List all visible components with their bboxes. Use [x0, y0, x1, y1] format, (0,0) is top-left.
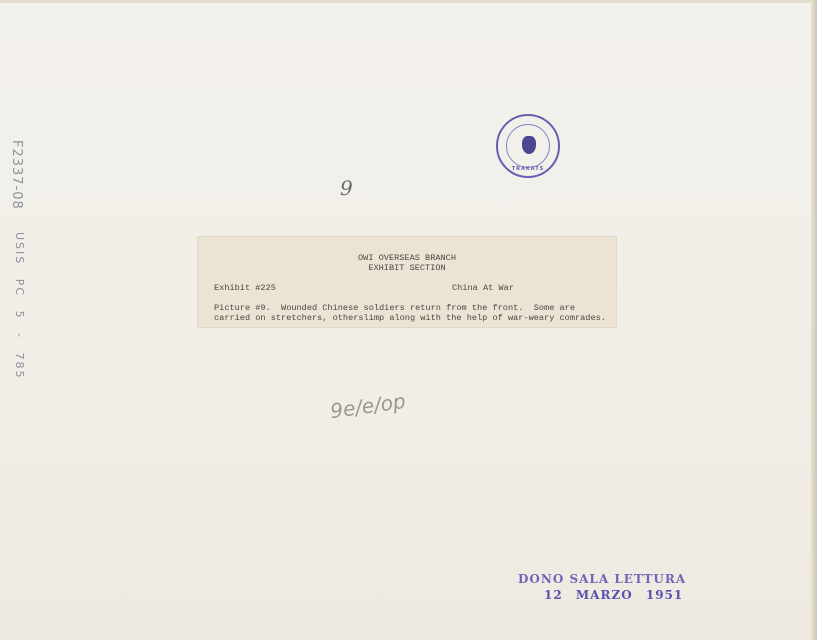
- side-reference: USIS PC 5 - 785: [6, 232, 26, 380]
- right-edge: [811, 0, 817, 640]
- date-year: 1951: [646, 588, 683, 602]
- pencil-code: 9e/e/op: [329, 389, 407, 423]
- series-title: China At War: [452, 283, 514, 293]
- date-day: 12: [544, 588, 563, 602]
- exhibit-number: Exhibit #225: [214, 283, 276, 293]
- date-stamp-line-2: 12 MARZO 1951: [544, 588, 691, 602]
- date-month: MARZO: [576, 588, 633, 602]
- top-edge: [0, 0, 817, 3]
- caption-line-1: Picture #9. Wounded Chinese soldiers ret…: [214, 303, 575, 313]
- label-header-2: EXHIBIT SECTION: [198, 263, 616, 273]
- circular-seal-stamp: TRAKATS: [496, 114, 560, 178]
- caption: Picture #9. Wounded Chinese soldiers ret…: [214, 303, 614, 323]
- photo-back-page: F2337-08 USIS PC 5 - 785 TRAKATS 9 OWI O…: [0, 0, 817, 640]
- seal-text: TRAKATS: [498, 166, 558, 172]
- shield-emblem-icon: [522, 136, 536, 154]
- side-archive-code: F2337-08: [4, 140, 24, 210]
- label-header-1: OWI OVERSEAS BRANCH: [198, 253, 616, 263]
- date-stamp-line-1: DONO SALA LETTURA: [518, 572, 691, 586]
- pencil-number: 9: [340, 176, 353, 200]
- caption-line-2: carried on stretchers, otherslimp along …: [214, 313, 606, 323]
- typed-caption-label: OWI OVERSEAS BRANCH EXHIBIT SECTION Exhi…: [198, 237, 616, 327]
- date-stamp: DONO SALA LETTURA 12 MARZO 1951: [518, 572, 691, 602]
